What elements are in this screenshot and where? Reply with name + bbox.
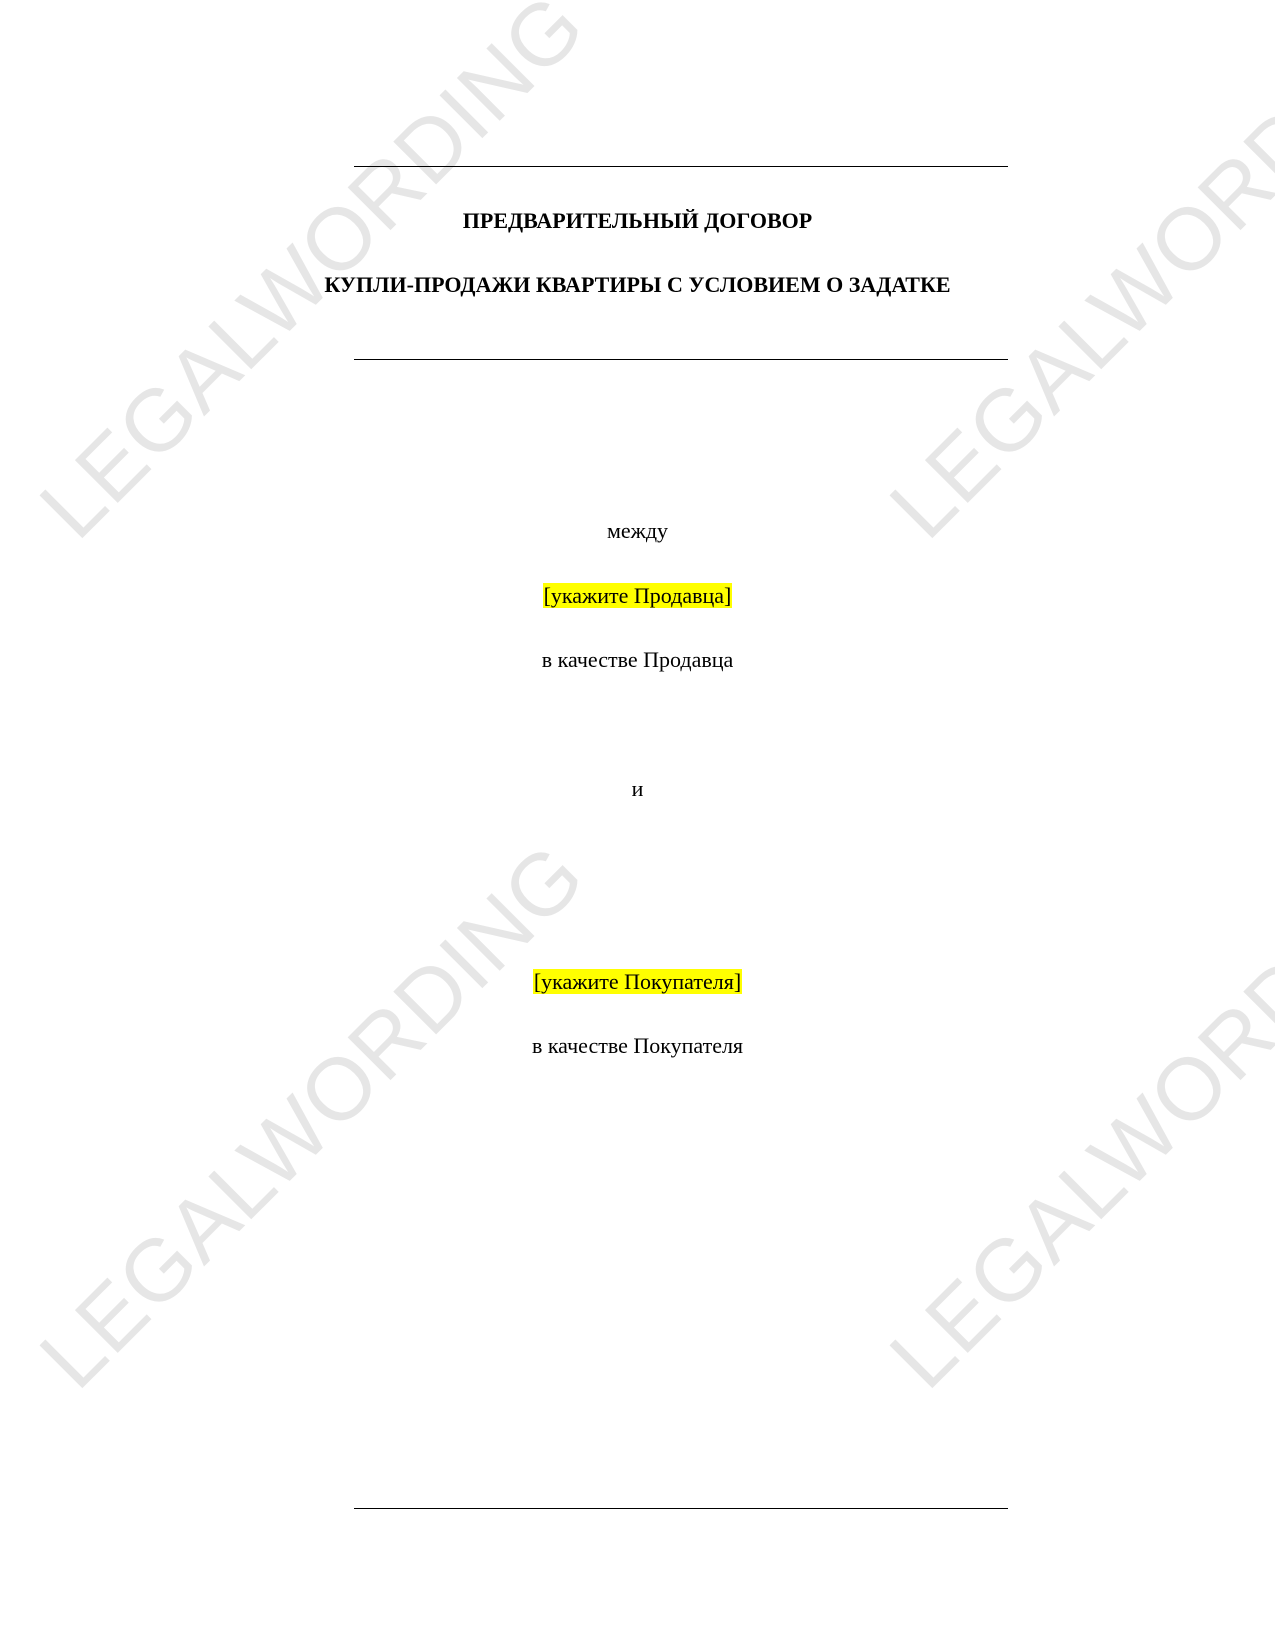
top-rule xyxy=(354,166,1008,167)
document-title-line-2: КУПЛИ-ПРОДАЖИ КВАРТИРЫ С УСЛОВИЕМ О ЗАДА… xyxy=(0,272,1275,298)
seller-role: в качестве Продавца xyxy=(0,647,1275,673)
seller-placeholder-highlight: [укажите Продавца] xyxy=(543,583,733,608)
buyer-placeholder: [укажите Покупателя] xyxy=(0,969,1275,995)
conjunction: и xyxy=(0,776,1275,802)
watermark: LEGALWORDING xyxy=(20,824,604,1408)
buyer-placeholder-highlight: [укажите Покупателя] xyxy=(533,969,742,994)
bottom-rule xyxy=(354,1508,1008,1509)
buyer-role: в качестве Покупателя xyxy=(0,1033,1275,1059)
between-label: между xyxy=(0,518,1275,544)
watermark: LEGALWORDING xyxy=(870,824,1275,1408)
document-title-line-1: ПРЕДВАРИТЕЛЬНЫЙ ДОГОВОР xyxy=(0,208,1275,234)
title-bottom-rule xyxy=(354,359,1008,360)
seller-placeholder: [укажите Продавца] xyxy=(0,583,1275,609)
